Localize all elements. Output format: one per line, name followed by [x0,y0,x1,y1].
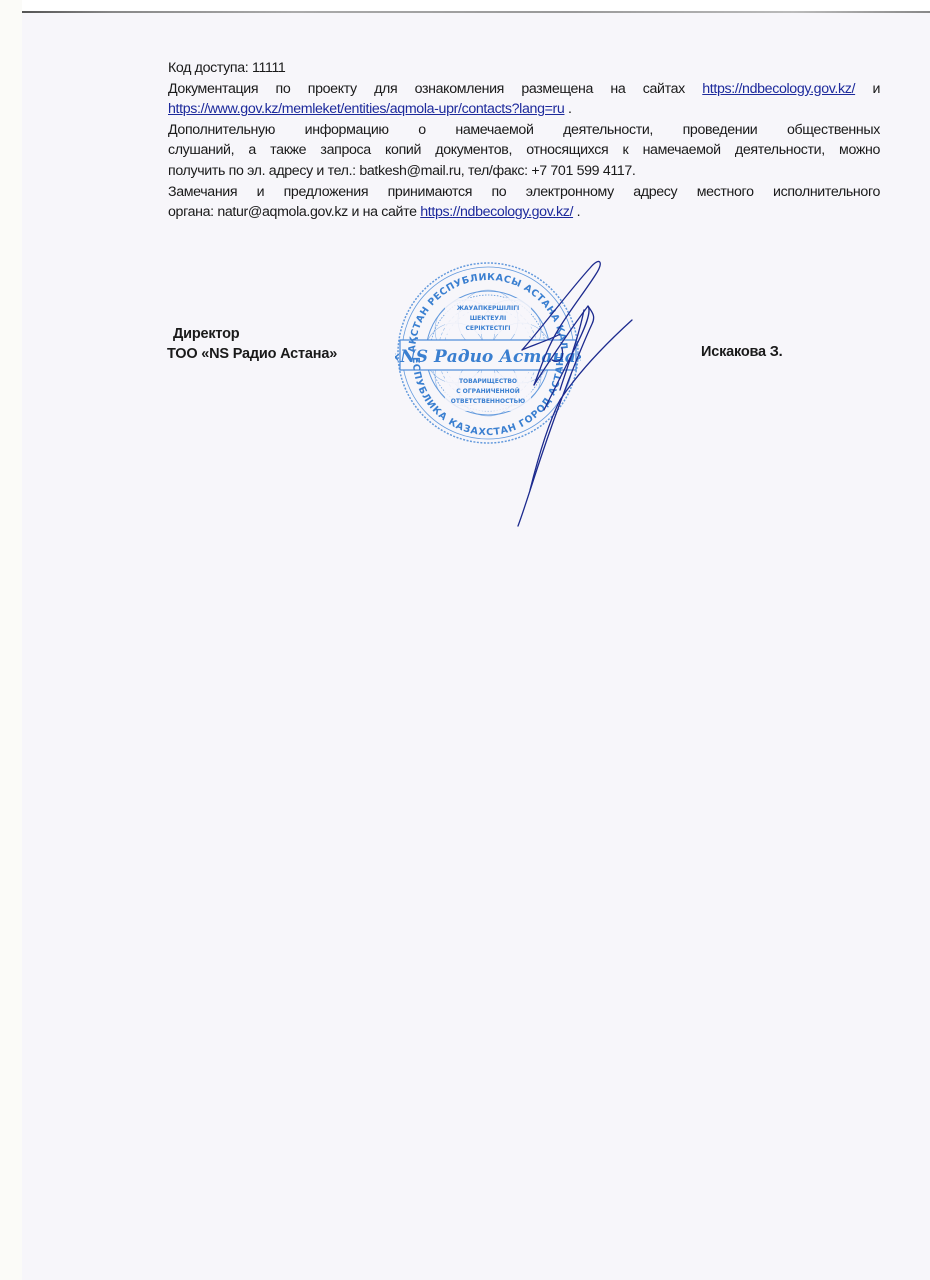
organization-name: ТОО «NS Радио Астана» [167,346,337,362]
documentation-period: . [564,101,571,117]
position-title: Директор [167,324,337,344]
handwritten-signature [500,250,640,530]
documentation-line-2: https://www.gov.kz/memleket/entities/aqm… [168,99,880,120]
scan-edge-line [22,11,930,13]
signature-icon [500,250,640,530]
signer-name: Искакова З. [701,344,782,360]
signature-block-left: Директор ТОО «NS Радио Астана» [167,324,337,364]
info-line-3: получить по эл. адресу и тел.: batkesh@m… [168,161,880,182]
scan-margin [0,0,22,1280]
documentation-and: и [872,81,880,97]
documentation-text: Документация по проекту для ознакомления… [168,81,685,97]
ndbecology-link[interactable]: https://ndbecology.gov.kz/ [702,81,855,97]
info-line-2: слушаний, а также запроса копий документ… [168,140,880,161]
remarks-text: органа: natur@aqmola.gov.kz и на сайте [168,204,420,220]
remarks-line-2: органа: natur@aqmola.gov.kz и на сайте h… [168,202,880,223]
remarks-period: . [573,204,580,220]
access-code: Код доступа: 11111 [168,58,880,79]
document-body: Код доступа: 11111 Документация по проек… [168,58,880,223]
documentation-line-1: Документация по проекту для ознакомления… [168,79,880,100]
remarks-line-1: Замечания и предложения принимаются по э… [168,182,880,203]
gov-kz-link[interactable]: https://www.gov.kz/memleket/entities/aqm… [168,101,564,117]
ndbecology-link-2[interactable]: https://ndbecology.gov.kz/ [420,204,573,220]
info-line-1: Дополнительную информацию о намечаемой д… [168,120,880,141]
